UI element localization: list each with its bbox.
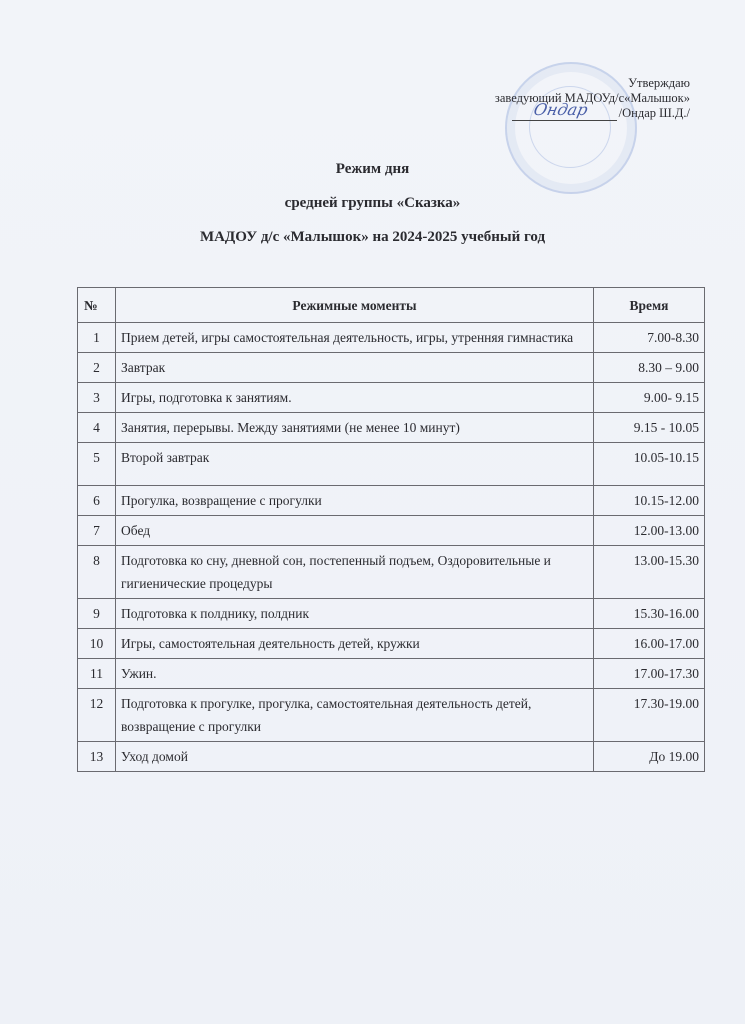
row-activity: Подготовка к прогулке, прогулка, самосто… — [116, 689, 594, 742]
row-number: 6 — [78, 486, 116, 516]
row-activity: Игры, самостоятельная деятельность детей… — [116, 629, 594, 659]
title-line-2: средней группы «Сказка» — [0, 186, 745, 220]
table-row: 13Уход домойДо 19.00 — [78, 742, 705, 772]
table-row: 8Подготовка ко сну, дневной сон, постепе… — [78, 546, 705, 599]
table-header-row: № Режимные моменты Время — [78, 288, 705, 323]
table-row: 3Игры, подготовка к занятиям.9.00- 9.15 — [78, 383, 705, 413]
signature: Ондар — [532, 102, 589, 117]
row-time: 8.30 – 9.00 — [594, 353, 705, 383]
header-num: № — [78, 288, 116, 323]
document-title: Режим дня средней группы «Сказка» МАДОУ … — [0, 152, 745, 254]
row-time: 17.00-17.30 — [594, 659, 705, 689]
row-time: 7.00-8.30 — [594, 323, 705, 353]
header-activity: Режимные моменты — [116, 288, 594, 323]
row-activity: Второй завтрак — [116, 443, 594, 486]
row-activity: Уход домой — [116, 742, 594, 772]
table-row: 2Завтрак8.30 – 9.00 — [78, 353, 705, 383]
row-number: 3 — [78, 383, 116, 413]
approval-block: Утверждаю заведующий МАДОУд/с«Малышок» О… — [495, 76, 690, 121]
row-activity: Прием детей, игры самостоятельная деятел… — [116, 323, 594, 353]
signature-row: Ондар/Ондар Ш.Д./ — [495, 106, 690, 121]
table-row: 5Второй завтрак10.05-10.15 — [78, 443, 705, 486]
table-row: 4Занятия, перерывы. Между занятиями (не … — [78, 413, 705, 443]
row-activity: Занятия, перерывы. Между занятиями (не м… — [116, 413, 594, 443]
row-number: 7 — [78, 516, 116, 546]
table-row: 7Обед12.00-13.00 — [78, 516, 705, 546]
row-number: 5 — [78, 443, 116, 486]
table-row: 1Прием детей, игры самостоятельная деяте… — [78, 323, 705, 353]
row-number: 4 — [78, 413, 116, 443]
row-number: 11 — [78, 659, 116, 689]
approver-position: заведующий МАДОУд/с«Малышок» — [495, 91, 690, 106]
table-row: 6Прогулка, возвращение с прогулки10.15-1… — [78, 486, 705, 516]
row-activity: Прогулка, возвращение с прогулки — [116, 486, 594, 516]
row-number: 10 — [78, 629, 116, 659]
approval-label: Утверждаю — [495, 76, 690, 91]
row-number: 8 — [78, 546, 116, 599]
row-activity: Игры, подготовка к занятиям. — [116, 383, 594, 413]
row-activity: Подготовка ко сну, дневной сон, постепен… — [116, 546, 594, 599]
row-time: 15.30-16.00 — [594, 599, 705, 629]
title-line-1: Режим дня — [0, 152, 745, 186]
row-number: 12 — [78, 689, 116, 742]
approver-name: /Ондар Ш.Д./ — [619, 106, 690, 120]
row-activity: Обед — [116, 516, 594, 546]
row-time: 10.15-12.00 — [594, 486, 705, 516]
row-activity: Подготовка к полднику, полдник — [116, 599, 594, 629]
row-activity: Завтрак — [116, 353, 594, 383]
document-page: Утверждаю заведующий МАДОУд/с«Малышок» О… — [0, 0, 745, 1024]
schedule-table: № Режимные моменты Время 1Прием детей, и… — [77, 287, 705, 772]
row-time: 12.00-13.00 — [594, 516, 705, 546]
row-number: 2 — [78, 353, 116, 383]
row-time: 10.05-10.15 — [594, 443, 705, 486]
table-row: 12Подготовка к прогулке, прогулка, самос… — [78, 689, 705, 742]
signature-line: Ондар — [512, 108, 617, 121]
table-row: 9Подготовка к полднику, полдник15.30-16.… — [78, 599, 705, 629]
row-time: 16.00-17.00 — [594, 629, 705, 659]
header-time: Время — [594, 288, 705, 323]
row-time: 17.30-19.00 — [594, 689, 705, 742]
row-time: 13.00-15.30 — [594, 546, 705, 599]
title-line-3: МАДОУ д/с «Малышок» на 2024-2025 учебный… — [0, 220, 745, 254]
table-row: 11Ужин.17.00-17.30 — [78, 659, 705, 689]
row-time: 9.15 - 10.05 — [594, 413, 705, 443]
row-time: До 19.00 — [594, 742, 705, 772]
row-number: 9 — [78, 599, 116, 629]
row-time: 9.00- 9.15 — [594, 383, 705, 413]
row-number: 13 — [78, 742, 116, 772]
table-row: 10Игры, самостоятельная деятельность дет… — [78, 629, 705, 659]
row-number: 1 — [78, 323, 116, 353]
row-activity: Ужин. — [116, 659, 594, 689]
